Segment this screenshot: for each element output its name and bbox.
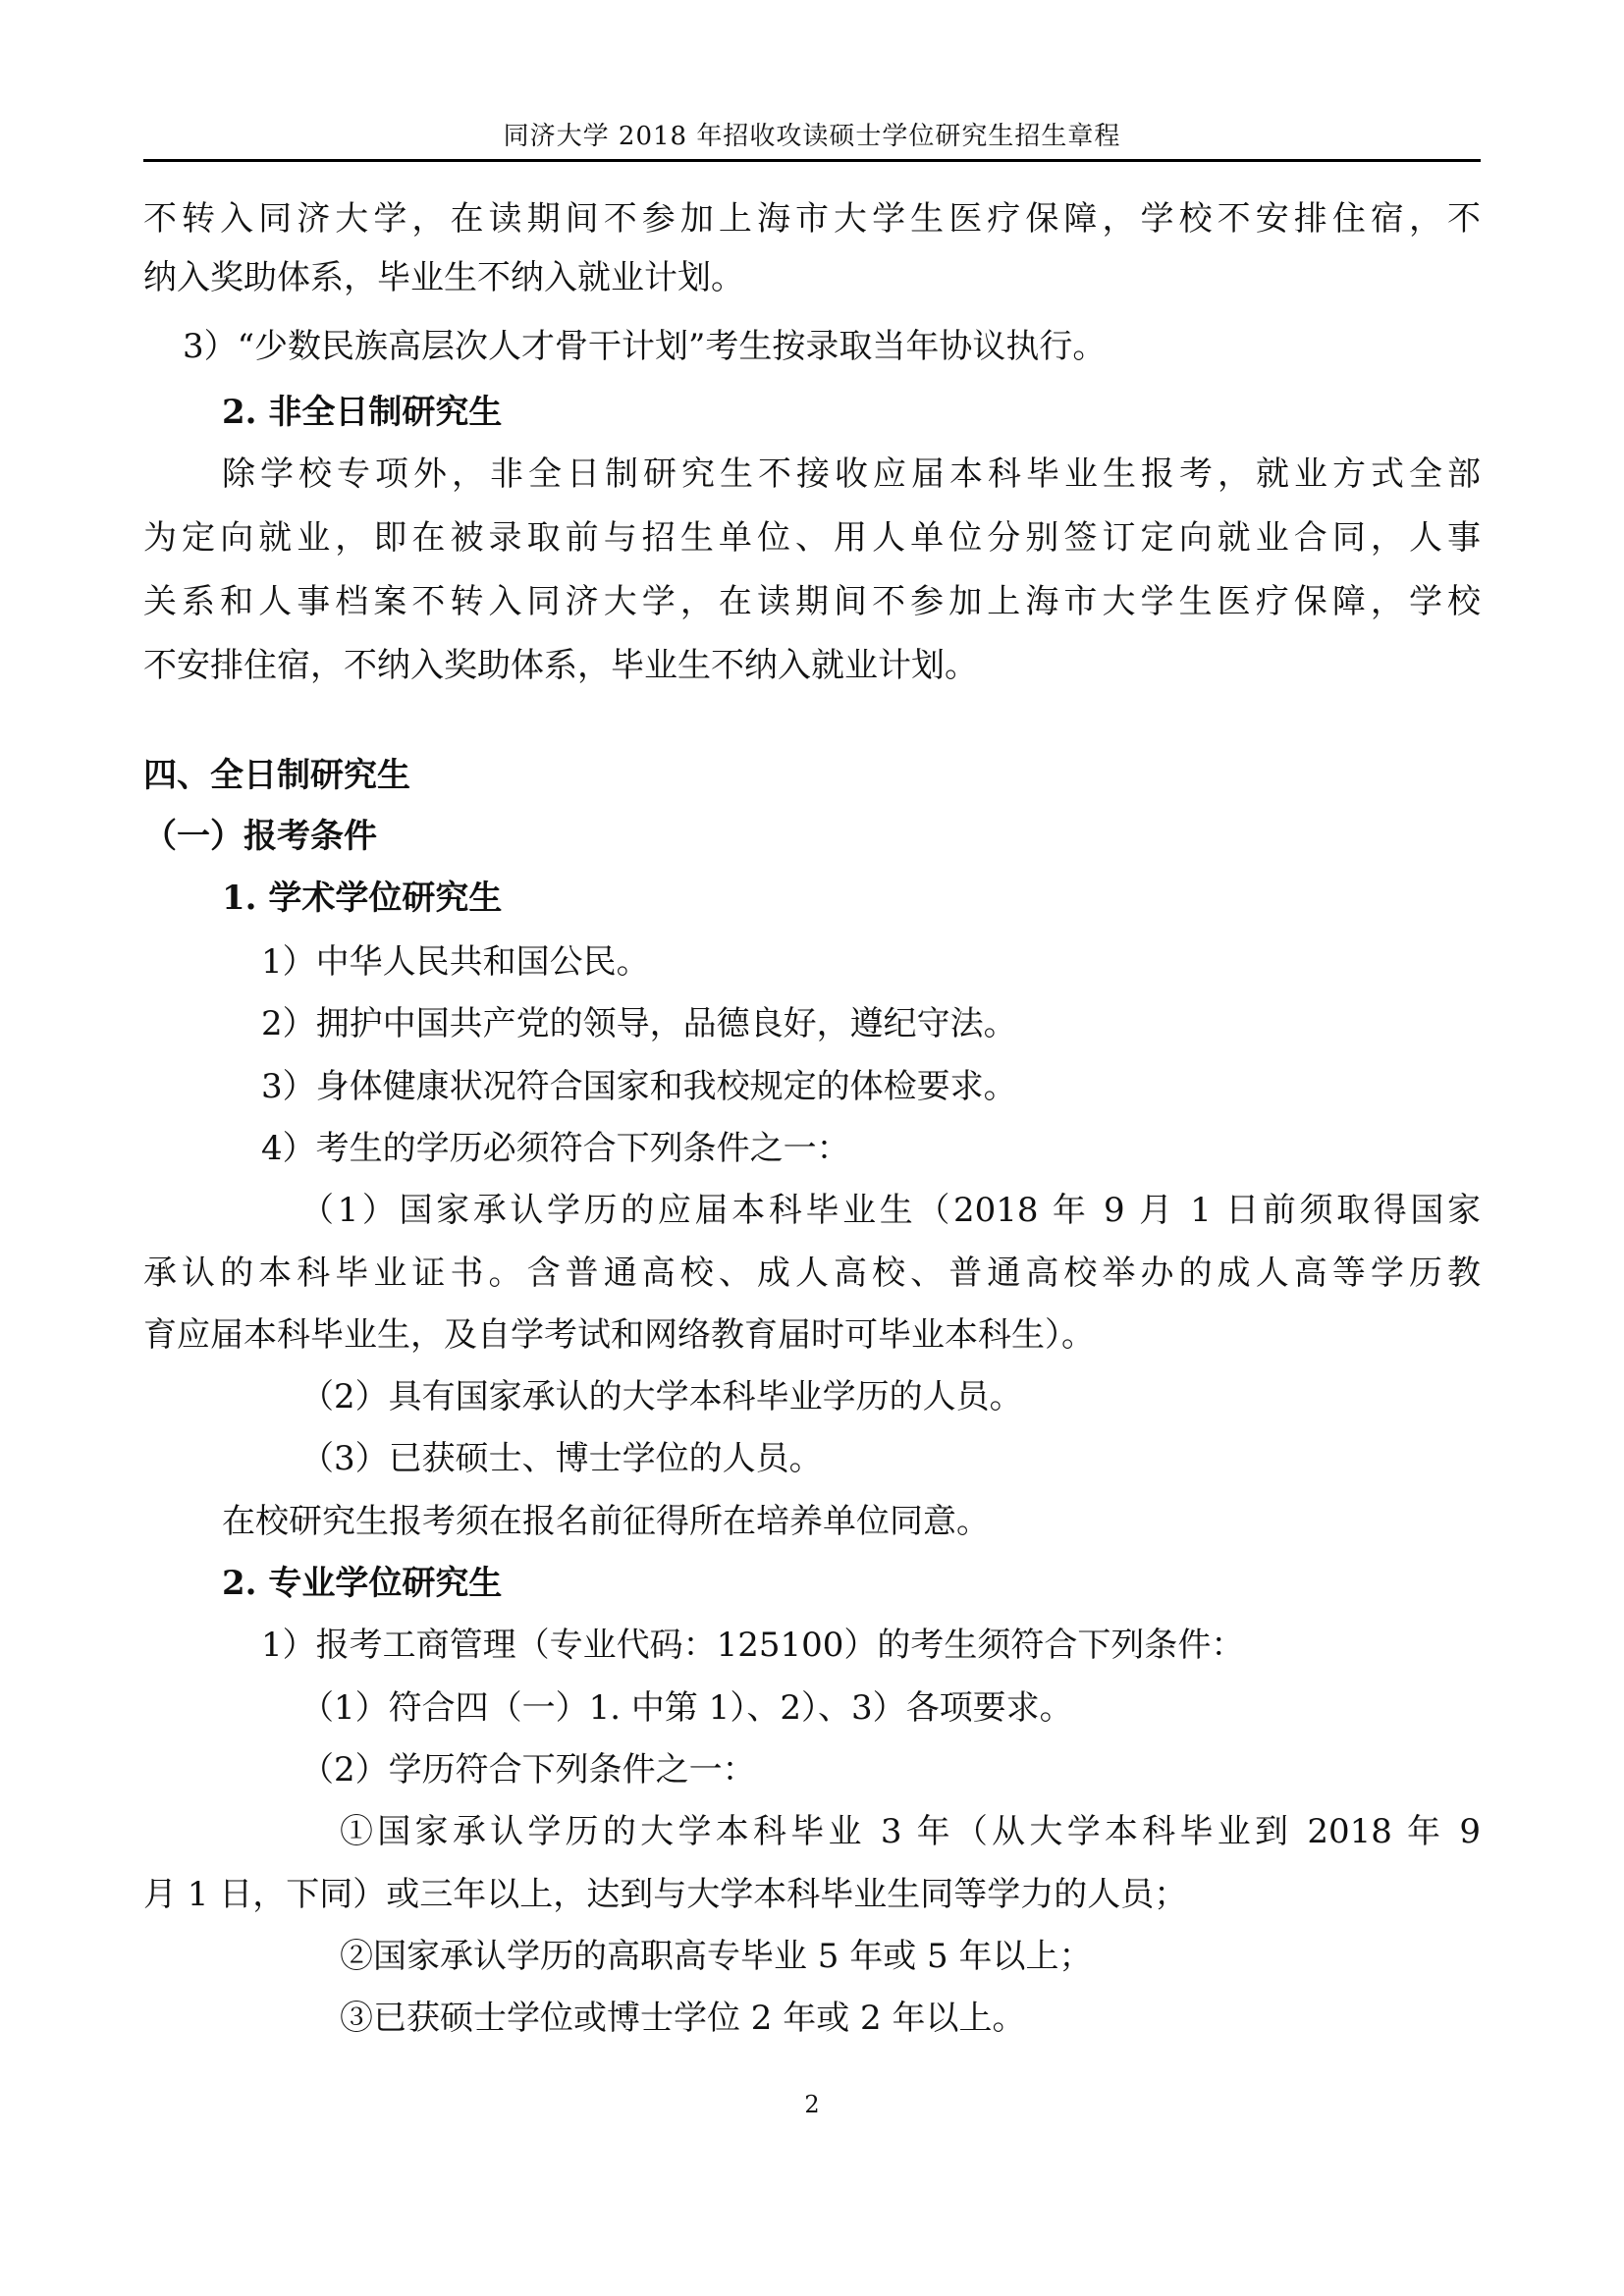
document-header-title: 同济大学 2018 年招收攻读硕士学位研究生招生章程 — [143, 116, 1481, 152]
section-heading: 1. 学术学位研究生 — [222, 879, 502, 918]
list-item: 1）中华人民共和国公民。 — [261, 942, 650, 982]
list-item: 3）身体健康状况符合国家和我校规定的体检要求。 — [261, 1067, 1017, 1106]
paragraph-line: 不转入同济大学，在读期间不参加上海市大学生医疗保障，学校不安排住宿，不 — [143, 199, 1481, 239]
list-item: 2）拥护中国共产党的领导，品德良好，遵纪守法。 — [261, 1004, 1017, 1043]
paragraph-line: 关系和人事档案不转入同济大学，在读期间不参加上海市大学生医疗保障，学校 — [143, 582, 1481, 621]
paragraph-line: 不安排住宿，不纳入奖助体系，毕业生不纳入就业计划。 — [143, 646, 978, 685]
section-heading: 2. 专业学位研究生 — [222, 1564, 502, 1603]
paragraph-line: 育应届本科毕业生，及自学考试和网络教育届时可毕业本科生）。 — [143, 1315, 1095, 1355]
page-number: 2 — [0, 2091, 1624, 2118]
list-item: （3）已获硕士、博士学位的人员。 — [300, 1439, 823, 1478]
list-item: ③已获硕士学位或博士学位 2 年或 2 年以上。 — [340, 1999, 1026, 2038]
subsection-heading: （一）报考条件 — [143, 817, 377, 856]
paragraph-line: 月 1 日，下同）或三年以上，达到与大学本科毕业生同等学力的人员； — [143, 1875, 1187, 1914]
list-item: （1）国家承认学历的应届本科毕业生（2018 年 9 月 1 日前须取得国家 — [300, 1191, 1481, 1230]
list-item: （1）符合四（一）1. 中第 1）、2）、3）各项要求。 — [300, 1688, 1073, 1728]
paragraph-line: 为定向就业，即在被录取前与招生单位、用人单位分别签订定向就业合同，人事 — [143, 518, 1481, 558]
list-item: 1）报考工商管理（专业代码：125100）的考生须符合下列条件： — [261, 1626, 1244, 1665]
list-item: 4）考生的学历必须符合下列条件之一： — [261, 1129, 850, 1168]
list-item: 3）“少数民族高层次人才骨干计划”考生按录取当年协议执行。 — [183, 327, 1106, 366]
chapter-heading: 四、全日制研究生 — [143, 756, 410, 795]
list-item: （2）学历符合下列条件之一： — [300, 1750, 756, 1789]
list-item: ①国家承认学历的大学本科毕业 3 年（从大学本科毕业到 2018 年 9 — [340, 1812, 1481, 1851]
header-divider — [143, 159, 1481, 162]
paragraph-line: 除学校专项外，非全日制研究生不接收应届本科毕业生报考，就业方式全部 — [222, 454, 1481, 494]
section-heading: 2. 非全日制研究生 — [222, 393, 502, 432]
paragraph-line: 纳入奖助体系，毕业生不纳入就业计划。 — [143, 258, 744, 297]
list-item: ②国家承认学历的高职高专毕业 5 年或 5 年以上； — [340, 1937, 1093, 1976]
paragraph-line: 在校研究生报考须在报名前征得所在培养单位同意。 — [222, 1502, 990, 1541]
list-item: （2）具有国家承认的大学本科毕业学历的人员。 — [300, 1377, 1023, 1416]
paragraph-line: 承认的本科毕业证书。含普通高校、成人高校、普通高校举办的成人高等学历教 — [143, 1254, 1481, 1293]
